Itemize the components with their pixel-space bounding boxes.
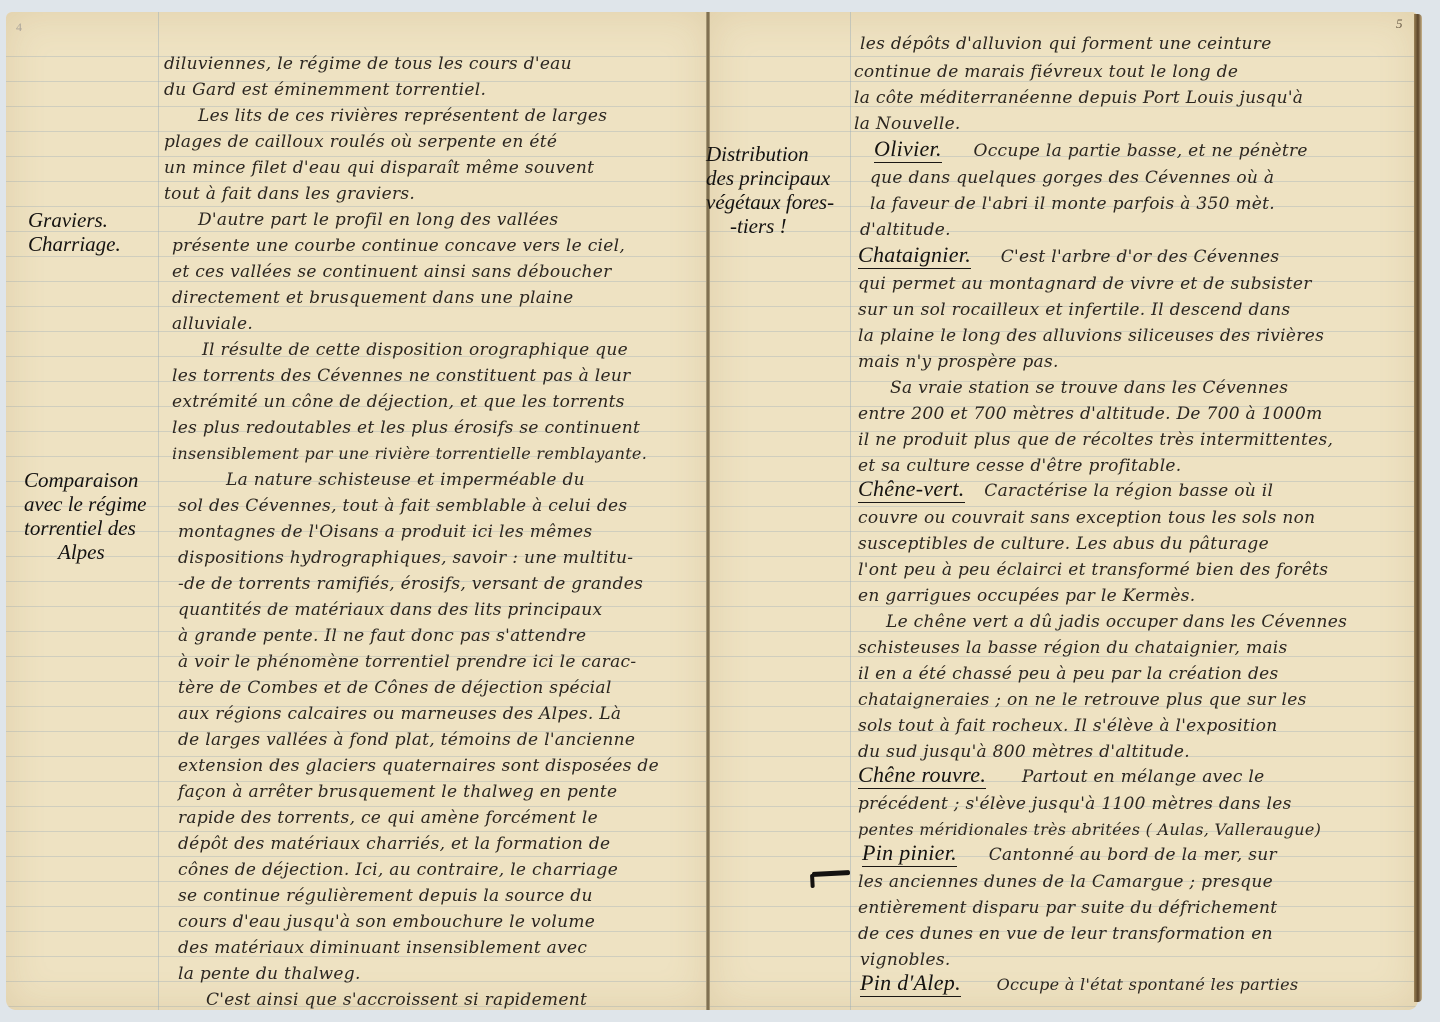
text-line: sols tout à fait rocheux. Il s'élève à l… — [858, 716, 1278, 736]
text-line: D'autre part le profil en long des vallé… — [198, 210, 558, 230]
entry-pin-d-alep: Pin d'Alep. Occupe à l'état spontané les… — [860, 970, 1298, 996]
text-line: que dans quelques gorges des Cévennes où… — [870, 168, 1274, 188]
text-line: la plaine le long des alluvions siliceus… — [858, 326, 1324, 346]
margin-note-line: avec le régime — [24, 492, 146, 516]
entry-term: Chêne rouvre. — [858, 762, 986, 789]
entry-text: Occupe à l'état spontané les parties — [997, 975, 1299, 994]
text-line: dépôt des matériaux charriés, et la form… — [178, 834, 610, 854]
ink-bracket-mark — [812, 870, 850, 877]
text-line: alluviale. — [172, 314, 253, 334]
text-line: entièrement disparu par suite du défrich… — [858, 898, 1277, 918]
text-line: mais n'y prospère pas. — [858, 352, 1059, 372]
text-line: extrémité un cône de déjection, et que l… — [172, 392, 625, 412]
margin-note-line: Comparaison — [24, 468, 146, 492]
text-line: schisteuses la basse région du chataigni… — [858, 638, 1288, 658]
text-line: la pente du thalweg. — [178, 964, 361, 984]
text-line: les anciennes dunes de la Camargue ; pre… — [858, 872, 1273, 892]
text-line: diluviennes, le régime de tous les cours… — [164, 54, 572, 74]
text-line: rapide des torrents, ce qui amène forcém… — [178, 808, 598, 828]
margin-note-line: Charriage. — [28, 232, 121, 256]
text-line: aux régions calcaires ou marneuses des A… — [178, 704, 621, 724]
text-line: présente une courbe continue concave ver… — [172, 236, 625, 256]
text-line: C'est ainsi que s'accroissent si rapidem… — [206, 990, 587, 1010]
text-line: se continue régulièrement depuis la sour… — [178, 886, 593, 906]
margin-note-line: végétaux fores- — [706, 190, 834, 214]
text-line: vignobles. — [860, 950, 951, 970]
text-line: qui permet au montagnard de vivre et de … — [858, 274, 1312, 294]
entry-text: C'est l'arbre d'or des Cévennes — [1001, 247, 1280, 267]
text-line: cônes de déjection. Ici, au contraire, l… — [178, 860, 618, 880]
text-line: du Gard est éminemment torrentiel. — [164, 80, 486, 100]
text-line: Il résulte de cette disposition orograph… — [202, 340, 628, 360]
text-line: sur un sol rocailleux et infertile. Il d… — [858, 300, 1290, 320]
text-line: à grande pente. Il ne faut donc pas s'at… — [178, 626, 586, 646]
text-line: les plus redoutables et les plus érosifs… — [172, 418, 640, 438]
text-line: La nature schisteuse et imperméable du — [226, 470, 585, 490]
entry-chene-vert: Chêne-vert. Caractérise la région basse … — [858, 476, 1273, 502]
text-line: quantités de matériaux dans des lits pri… — [178, 600, 602, 620]
right-page: 5 Distribution des principaux végétaux f… — [710, 12, 1418, 1010]
margin-note-line: Distribution — [706, 142, 834, 166]
text-line: Les lits de ces rivières représentent de… — [198, 106, 607, 126]
entry-pin-pinier: Pin pinier. Cantonné au bord de la mer, … — [862, 840, 1277, 866]
entry-term: Chataignier. — [858, 242, 971, 269]
text-line: tout à fait dans les graviers. — [164, 184, 415, 204]
text-line: des matériaux diminuant insensiblement a… — [178, 938, 587, 958]
text-line: la côte méditerranéenne depuis Port Loui… — [854, 88, 1303, 108]
text-line: en garrigues occupées par le Kermès. — [858, 586, 1196, 606]
left-page: 4 Graviers. Charriage. Comparaison avec … — [6, 12, 708, 1010]
entry-text: Occupe la partie basse, et ne pénètre — [974, 141, 1308, 161]
entry-olivier: Olivier. Occupe la partie basse, et ne p… — [874, 136, 1308, 162]
text-line: la Nouvelle. — [854, 114, 961, 134]
margin-rule — [850, 12, 851, 1010]
text-line: les torrents des Cévennes ne constituent… — [172, 366, 631, 386]
text-line: à voir le phénomène torrentiel prendre i… — [178, 652, 636, 672]
text-line: -de de torrents ramifiés, érosifs, versa… — [178, 574, 643, 594]
text-line: Le chêne vert a dû jadis occuper dans le… — [886, 612, 1347, 632]
margin-note-graviers: Graviers. Charriage. — [28, 208, 121, 256]
text-line: de ces dunes en vue de leur transformati… — [858, 924, 1273, 944]
text-line: il en a été chassé peu à peu par la créa… — [858, 664, 1279, 684]
page-number: 5 — [1396, 16, 1403, 32]
text-line: cours d'eau jusqu'à son embouchure le vo… — [178, 912, 595, 932]
text-line: Sa vraie station se trouve dans les Céve… — [890, 378, 1288, 398]
entry-text: Partout en mélange avec le — [1022, 767, 1265, 787]
notebook-page-edges — [1414, 14, 1422, 1002]
notebook-spread: 4 Graviers. Charriage. Comparaison avec … — [0, 0, 1440, 1022]
text-line: précédent ; s'élève jusqu'à 1100 mètres … — [858, 794, 1292, 814]
text-line: directement et brusquement dans une plai… — [172, 288, 573, 308]
text-line: l'ont peu à peu éclairci et transformé b… — [858, 560, 1328, 580]
entry-chataignier: Chataignier. C'est l'arbre d'or des Céve… — [858, 242, 1279, 268]
text-line: montagnes de l'Oisans a produit ici les … — [178, 522, 592, 542]
text-line: d'altitude. — [860, 220, 951, 240]
text-line: façon à arrêter brusquement le thalweg e… — [178, 782, 617, 802]
text-line: chataigneraies ; on ne le retrouve plus … — [858, 690, 1307, 710]
entry-chene-rouvre: Chêne rouvre. Partout en mélange avec le — [858, 762, 1265, 788]
margin-note-line: Alpes — [24, 540, 146, 564]
margin-note-line: Graviers. — [28, 208, 121, 232]
entry-term: Olivier. — [874, 136, 942, 163]
margin-note-line: des principaux — [706, 166, 834, 190]
entry-term: Pin pinier. — [862, 840, 957, 867]
text-line: insensiblement par une rivière torrentie… — [172, 444, 647, 463]
text-line: et ces vallées se continuent ainsi sans … — [172, 262, 612, 282]
text-line: les dépôts d'alluvion qui forment une ce… — [860, 34, 1272, 54]
margin-rule — [158, 12, 159, 1010]
text-line: dispositions hydrographiques, savoir : u… — [178, 548, 633, 568]
margin-note-comparaison: Comparaison avec le régime torrentiel de… — [24, 468, 146, 564]
entry-term: Chêne-vert. — [858, 476, 965, 503]
text-line: couvre ou couvrait sans exception tous l… — [858, 508, 1315, 528]
text-line: sol des Cévennes, tout à fait semblable … — [178, 496, 627, 516]
pencil-mark: 4 — [16, 20, 22, 35]
text-line: tère de Combes et de Cônes de déjection … — [178, 678, 612, 698]
text-line: susceptibles de culture. Les abus du pât… — [858, 534, 1269, 554]
entry-text: Caractérise la région basse où il — [984, 481, 1273, 501]
entry-text: Cantonné au bord de la mer, sur — [989, 845, 1277, 865]
text-line: du sud jusqu'à 800 mètres d'altitude. — [858, 742, 1190, 762]
margin-note-line: torrentiel des — [24, 516, 146, 540]
text-line: continue de marais fiévreux tout le long… — [854, 62, 1238, 82]
text-line: entre 200 et 700 mètres d'altitude. De 7… — [858, 404, 1323, 424]
text-line: et sa culture cesse d'être profitable. — [858, 456, 1182, 476]
text-line: de larges vallées à fond plat, témoins d… — [178, 730, 635, 750]
text-line: un mince filet d'eau qui disparaît même … — [164, 158, 594, 178]
entry-term: Pin d'Alep. — [860, 970, 961, 997]
text-line: plages de cailloux roulés où serpente en… — [164, 132, 557, 152]
text-line: la faveur de l'abri il monte parfois à 3… — [870, 194, 1275, 214]
text-line: extension des glaciers quaternaires sont… — [178, 756, 659, 776]
margin-note-line: -tiers ! — [706, 214, 834, 238]
text-line: il ne produit plus que de récoltes très … — [858, 430, 1333, 450]
margin-note-distribution: Distribution des principaux végétaux for… — [706, 142, 834, 238]
text-line: pentes méridionales très abritées ( Aula… — [858, 820, 1321, 839]
